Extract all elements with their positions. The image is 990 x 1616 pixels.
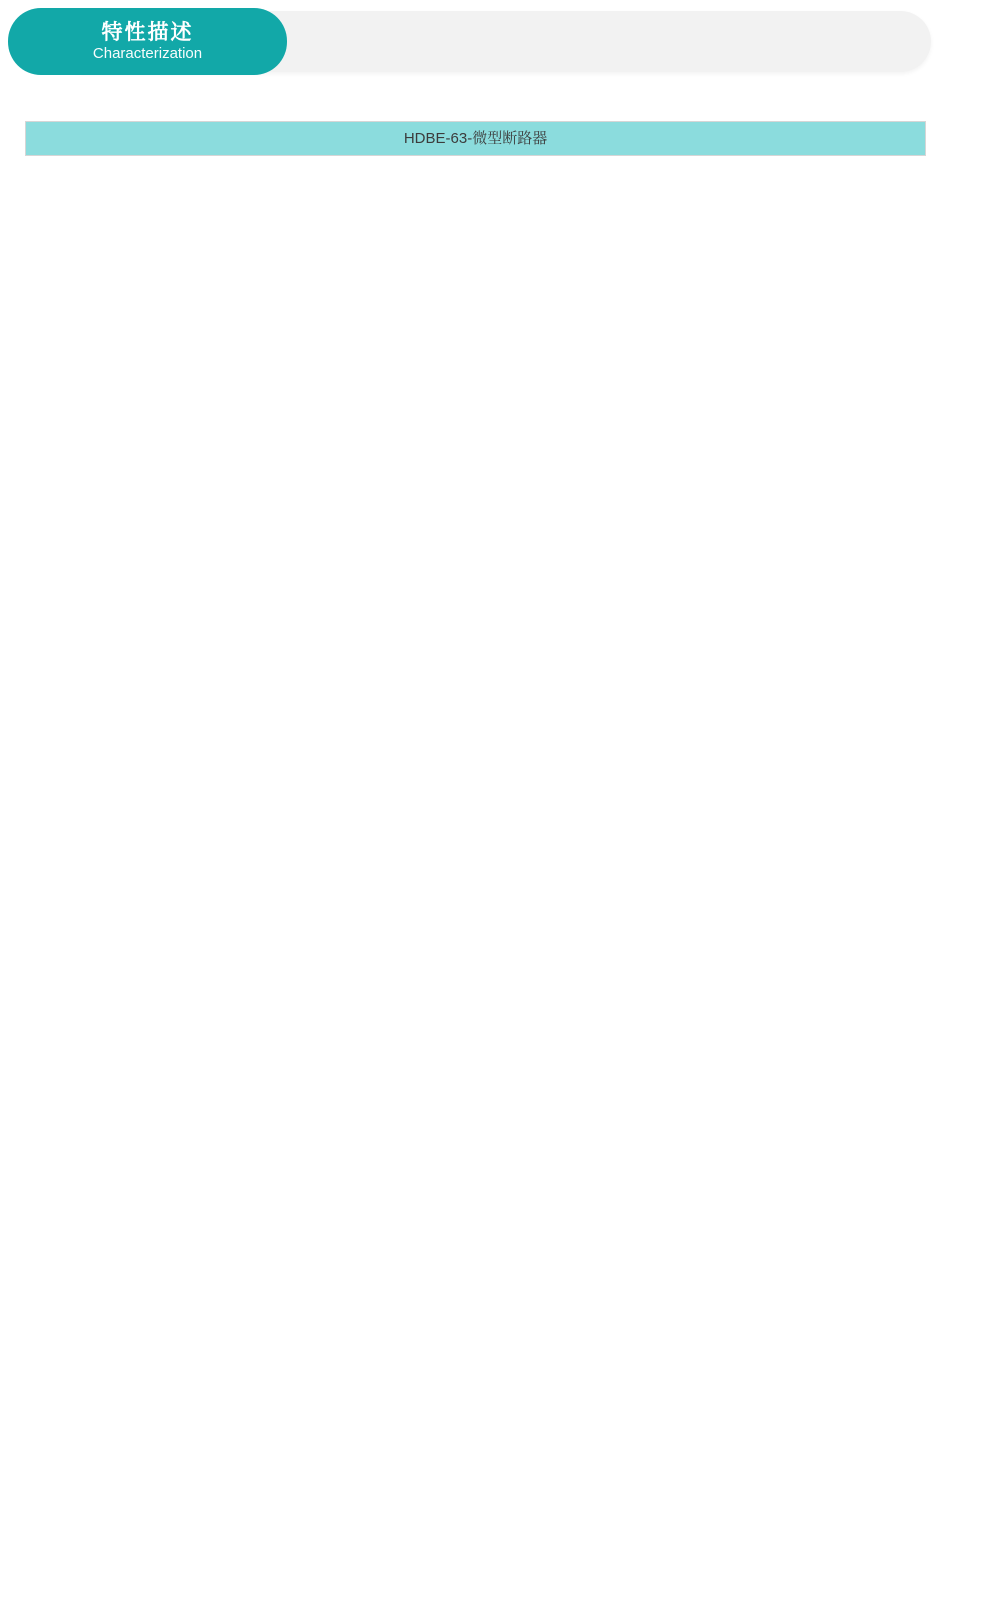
badge-subtitle-en: Characterization	[93, 45, 202, 63]
characterization-badge: 特性描述 Characterization	[8, 8, 287, 75]
badge-title-cn: 特性描述	[102, 21, 194, 45]
table-title-row: HDBE-63-微型断路器	[26, 122, 926, 156]
table-title: HDBE-63-微型断路器	[26, 122, 926, 156]
spec-table: HDBE-63-微型断路器	[25, 121, 926, 156]
